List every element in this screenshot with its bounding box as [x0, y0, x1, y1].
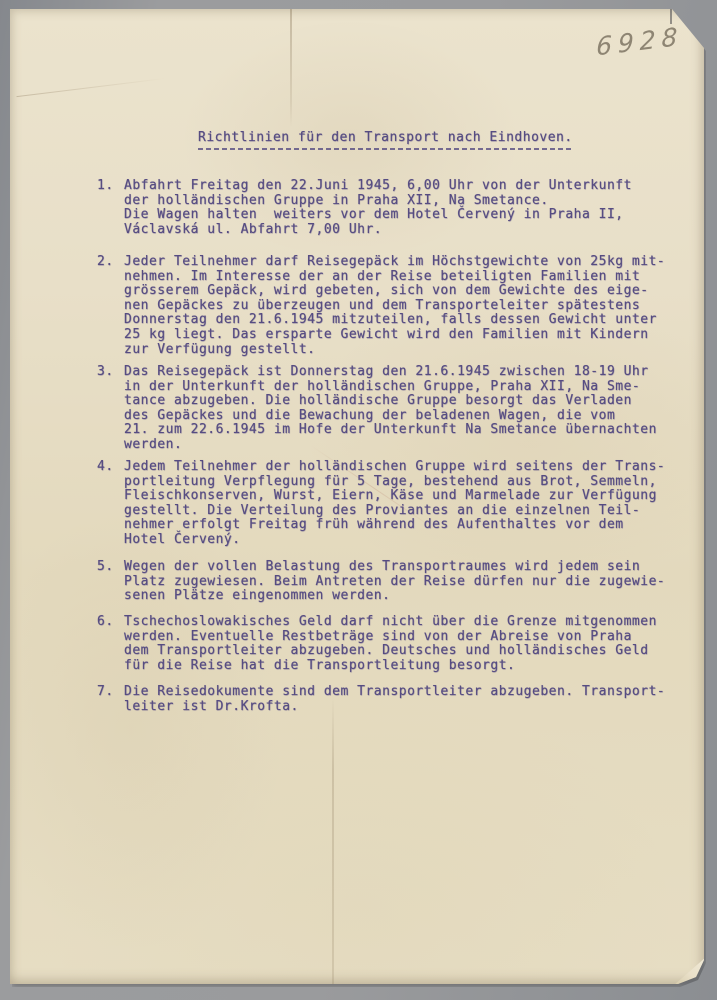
corner-crease-top-left	[16, 78, 165, 97]
handwritten-number: 6928	[596, 22, 683, 62]
item-text: Tschechoslowakisches Geld darf nicht übe…	[124, 615, 702, 673]
item-text: Abfahrt Freitag den 22.Juni 1945, 6,00 U…	[124, 179, 702, 237]
item-text: Wegen der vollen Belastung des Transport…	[124, 560, 702, 604]
item-text: Jeder Teilnehmer darf Reisegepäck im Höc…	[124, 255, 702, 357]
scan-background: { "document": { "handwritten_number": "6…	[0, 0, 717, 1000]
item-number: 5.	[97, 560, 124, 604]
fold-crease-top	[290, 9, 292, 127]
list-item: 5. Wegen der vollen Belastung des Transp…	[97, 560, 702, 604]
list-item: 3. Das Reisegepäck ist Donnerstag den 21…	[97, 365, 702, 453]
item-number: 2.	[97, 255, 124, 357]
item-number: 1.	[97, 179, 124, 237]
list-item: 1. Abfahrt Freitag den 22.Juni 1945, 6,0…	[97, 179, 702, 237]
list-item: 6. Tschechoslowakisches Geld darf nicht …	[97, 615, 702, 673]
tear-mark-top-right	[670, 9, 672, 24]
list-item: 2. Jeder Teilnehmer darf Reisegepäck im …	[97, 255, 702, 357]
item-text: Jedem Teilnehmer der holländischen Grupp…	[124, 460, 702, 548]
list-item: 4. Jedem Teilnehmer der holländischen Gr…	[97, 460, 702, 548]
item-number: 4.	[97, 460, 124, 548]
item-number: 7.	[97, 685, 124, 714]
item-text: Die Reisedokumente sind dem Transportlei…	[124, 685, 702, 714]
document-title: Richtlinien für den Transport nach Eindh…	[198, 131, 573, 150]
item-number: 3.	[97, 365, 124, 453]
document-page: 6928 Richtlinien für den Transport nach …	[10, 9, 704, 984]
item-text: Das Reisegepäck ist Donnerstag den 21.6.…	[124, 365, 702, 453]
fold-crease-bottom	[332, 697, 334, 984]
list-item: 7. Die Reisedokumente sind dem Transport…	[97, 685, 702, 714]
item-number: 6.	[97, 615, 124, 673]
